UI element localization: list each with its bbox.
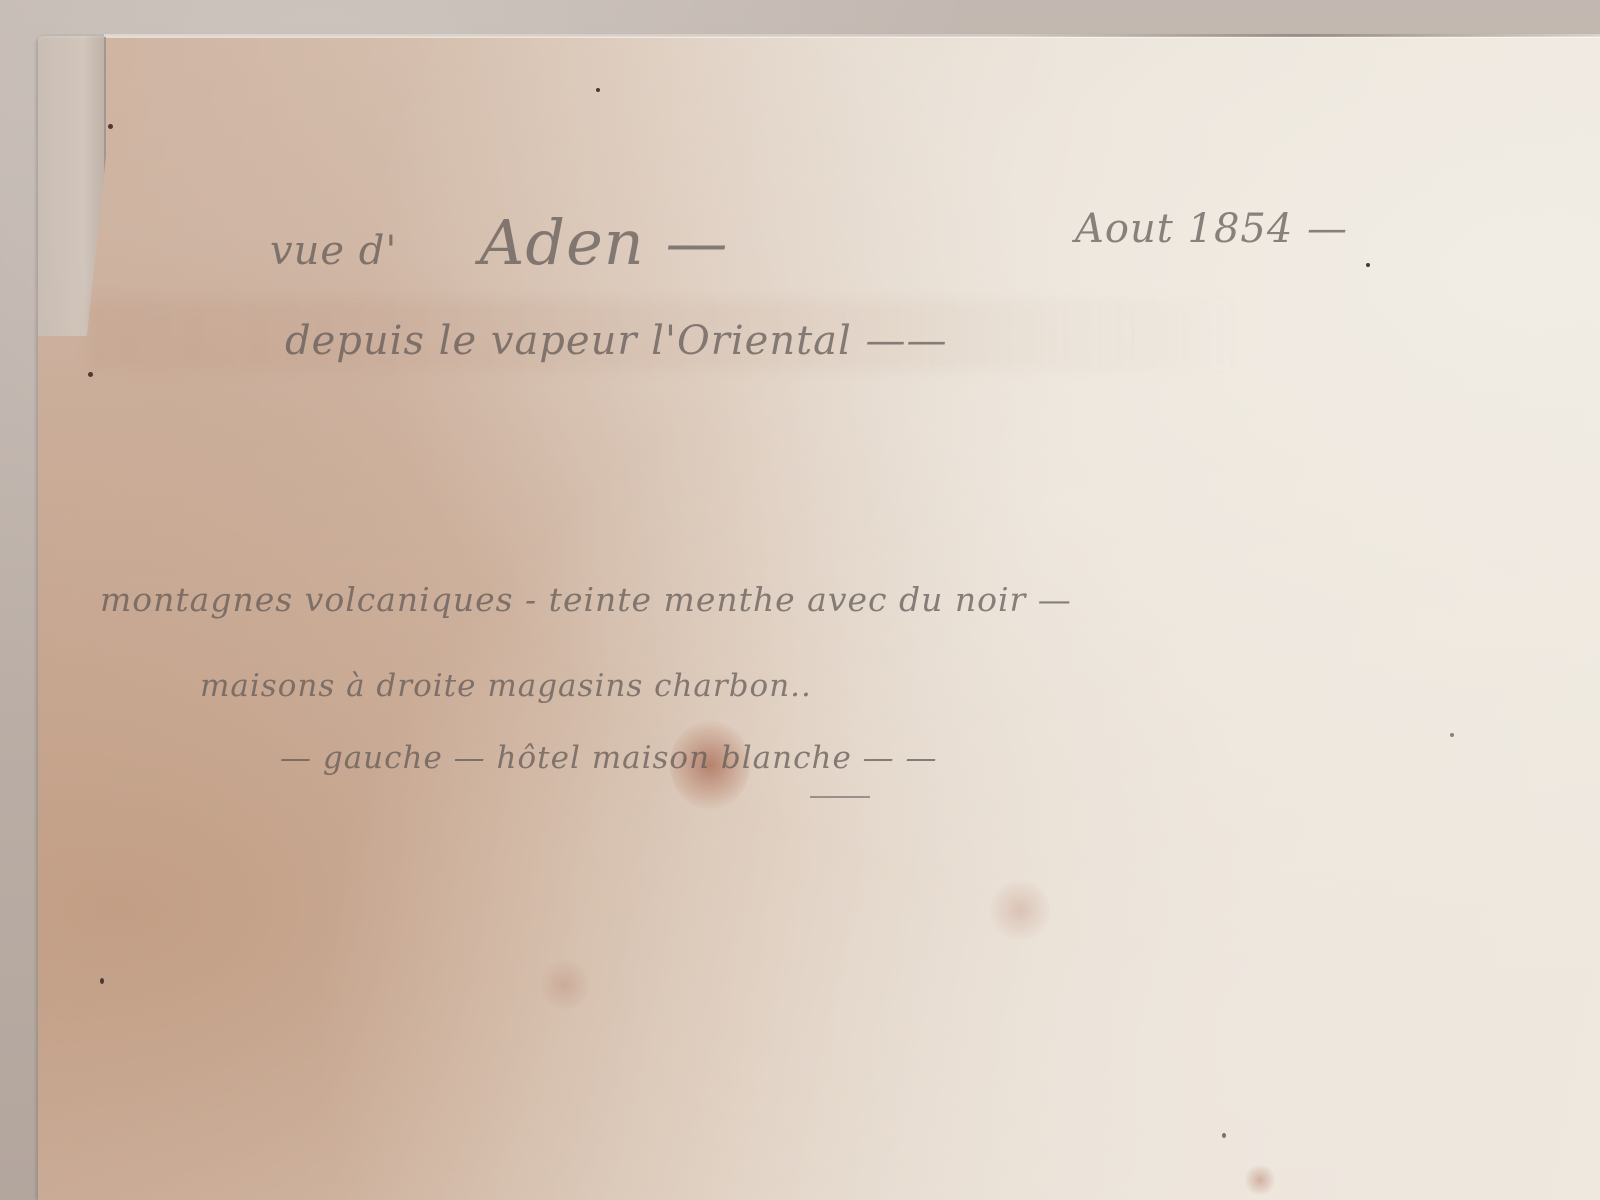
subtitle-line: depuis le vapeur l'Oriental —— [285,318,948,364]
title-prefix: vue d' [270,228,397,274]
speck [108,124,113,129]
paper-top-edge [104,34,1600,37]
pencil-underline [810,796,870,798]
note-line-1: montagnes volcaniques - teinte menthe av… [100,580,1072,619]
note-line-2: maisons à droite magasins charbon.. [200,668,812,704]
speck [596,88,600,92]
faint-stain [540,960,590,1010]
speck [1366,263,1370,267]
note-line-3: — gauche — hôtel maison blanche — — [280,740,938,776]
title-date: Aout 1854 — [1075,206,1348,252]
speck [1222,1133,1226,1138]
speck [88,372,93,377]
faint-stain [990,880,1050,940]
title-place: Aden — [480,206,729,279]
speck [1450,733,1454,737]
bottom-stain [1245,1165,1275,1195]
title-line: vue d' Aden — [270,206,728,279]
speck [100,978,104,984]
